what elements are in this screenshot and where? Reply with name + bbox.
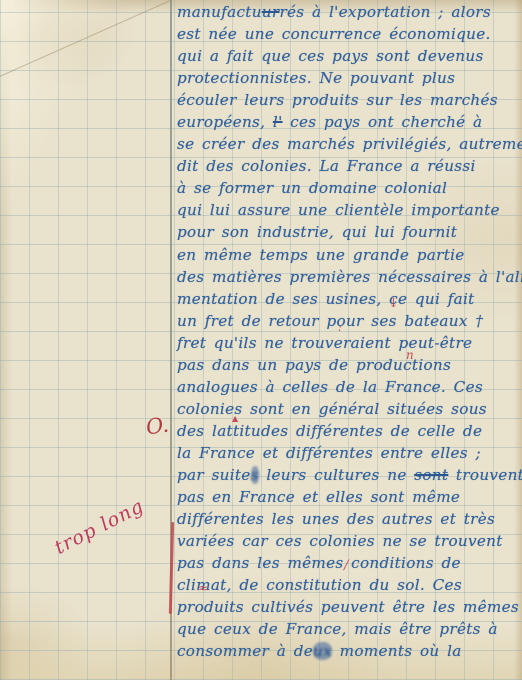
- handwritten-text: écouler leurs produits sur les marchés: [177, 91, 498, 109]
- manuscript-line: pas dans un pays de productions: [177, 354, 522, 376]
- correction-mark: n: [406, 350, 414, 361]
- manuscript-line: variées car ces colonies ne se trouvent: [177, 530, 522, 552]
- handwritten-text: moments où la: [332, 642, 462, 660]
- handwritten-text: leurs cultures ne: [259, 466, 415, 484]
- handwritten-text: des matières premières nécessaires à l'a…: [177, 268, 522, 286]
- correction-mark: ≈: [198, 583, 208, 594]
- handwritten-text: européens,: [177, 113, 273, 131]
- correction-mark: /: [344, 560, 348, 571]
- handwritten-text: par suite: [177, 466, 251, 484]
- manuscript-line: est née une concurrence économique.: [177, 23, 522, 45]
- correction-mark: :: [338, 322, 342, 333]
- manuscript-line: climat, de constitution du sol. Ces: [177, 574, 522, 596]
- manuscript-line: écouler leurs produits sur les marchés: [177, 89, 522, 111]
- correction-mark: ▲: [232, 413, 238, 424]
- handwritten-text: pas dans les mêmes conditions de: [177, 554, 461, 572]
- handwritten-text: variées car ces colonies ne se trouvent: [177, 532, 503, 550]
- manuscript-text: manufactuurrés à l'exportation ; alorses…: [177, 1, 522, 679]
- handwritten-text: climat, de constitution du sol. Ces: [177, 576, 462, 594]
- manuscript-line: européens, l' ces pays ont cherché à: [177, 111, 522, 133]
- handwritten-text: à se former un domaine colonial: [177, 179, 447, 197]
- handwritten-text: ces pays ont cherché à: [283, 113, 483, 131]
- notebook-page: manufactuurrés à l'exportation ; alorses…: [0, 0, 522, 680]
- manuscript-line: fret qu'ils ne trouveraient peut-être: [177, 332, 522, 354]
- manuscript-line: se créer des marchés privilégiés, autrem…: [177, 133, 522, 155]
- handwritten-text: des lattitudes différentes de celle de: [177, 422, 482, 440]
- manuscript-line: différentes les unes des autres et très: [177, 508, 522, 530]
- manuscript-line: qui lui assure une clientèle importante: [177, 199, 522, 221]
- ink-blot: ux: [313, 642, 332, 660]
- manuscript-line: que ceux de France, mais être prêts à: [177, 618, 522, 640]
- ink-strikethrough: l': [273, 113, 283, 131]
- manuscript-line: des lattitudes différentes de celle de: [177, 420, 522, 442]
- manuscript-line: un fret de retour pour ses bateaux †: [177, 310, 522, 332]
- manuscript-line: pas dans les mêmes conditions de: [177, 552, 522, 574]
- handwritten-text: la France et différentes entre elles ;: [177, 444, 481, 462]
- handwritten-text: consommer à de: [177, 642, 313, 660]
- manuscript-line: par suites leurs cultures ne sont trouve…: [177, 464, 522, 486]
- manuscript-line: pas en France et elles sont même: [177, 486, 522, 508]
- manuscript-line: en même temps une grande partie: [177, 244, 522, 266]
- manuscript-line: manufactuurrés à l'exportation ; alors: [177, 1, 522, 23]
- manuscript-line: à se former un domaine colonial: [177, 177, 522, 199]
- ink-strikethrough: sont: [414, 466, 448, 484]
- handwritten-text: trouvent: [448, 466, 522, 484]
- handwritten-text: manufactu: [177, 3, 262, 21]
- manuscript-line: des matières premières nécessaires à l'a…: [177, 266, 522, 288]
- manuscript-line: analogues à celles de la France. Ces: [177, 376, 522, 398]
- manuscript-line: protectionnistes. Ne pouvant plus: [177, 67, 522, 89]
- margin-mark-o: O.: [144, 413, 170, 440]
- correction-mark: ↓: [388, 298, 399, 309]
- page-fold-crease: [0, 0, 190, 86]
- handwritten-text: différentes les unes des autres et très: [177, 510, 495, 528]
- manuscript-line: la France et différentes entre elles ;: [177, 442, 522, 464]
- handwritten-text: qui lui assure une clientèle importante: [177, 201, 500, 219]
- handwritten-text: se créer des marchés privilégiés, autrem…: [177, 135, 522, 153]
- handwritten-text: est née une concurrence économique.: [177, 25, 491, 43]
- handwritten-text: fret qu'ils ne trouveraient peut-être: [177, 334, 472, 352]
- manuscript-line: pour son industrie, qui lui fournit: [177, 221, 522, 243]
- margin-note-trop-long: trop long: [51, 495, 148, 559]
- handwritten-text: pas en France et elles sont même: [177, 488, 460, 506]
- ink-blot: s: [251, 466, 259, 484]
- handwritten-text: produits cultivés peuvent être les mêmes: [177, 598, 519, 616]
- handwritten-text: qui a fait que ces pays sont devenus: [177, 47, 484, 65]
- handwritten-text: rés à l'exportation ; alors: [279, 3, 491, 21]
- handwritten-text: analogues à celles de la France. Ces: [177, 378, 483, 396]
- handwritten-text: un fret de retour pour ses bateaux †: [177, 312, 483, 330]
- handwritten-text: en même temps une grande partie: [177, 246, 465, 264]
- manuscript-line: consommer à deux moments où la: [177, 640, 522, 662]
- ink-strikethrough: ur: [262, 3, 280, 21]
- handwritten-text: que ceux de France, mais être prêts à: [177, 620, 498, 638]
- manuscript-line: produits cultivés peuvent être les mêmes: [177, 596, 522, 618]
- handwritten-text: colonies sont en général situées sous: [177, 400, 487, 418]
- handwritten-text: mentation de ses usines, ce qui fait: [177, 290, 475, 308]
- manuscript-line: colonies sont en général situées sous: [177, 398, 522, 420]
- handwritten-text: pour son industrie, qui lui fournit: [177, 223, 457, 241]
- manuscript-line: mentation de ses usines, ce qui fait: [177, 288, 522, 310]
- handwritten-text: dit des colonies. La France a réussi: [177, 157, 476, 175]
- manuscript-line: dit des colonies. La France a réussi: [177, 155, 522, 177]
- manuscript-line: qui a fait que ces pays sont devenus: [177, 45, 522, 67]
- handwritten-text: protectionnistes. Ne pouvant plus: [177, 69, 455, 87]
